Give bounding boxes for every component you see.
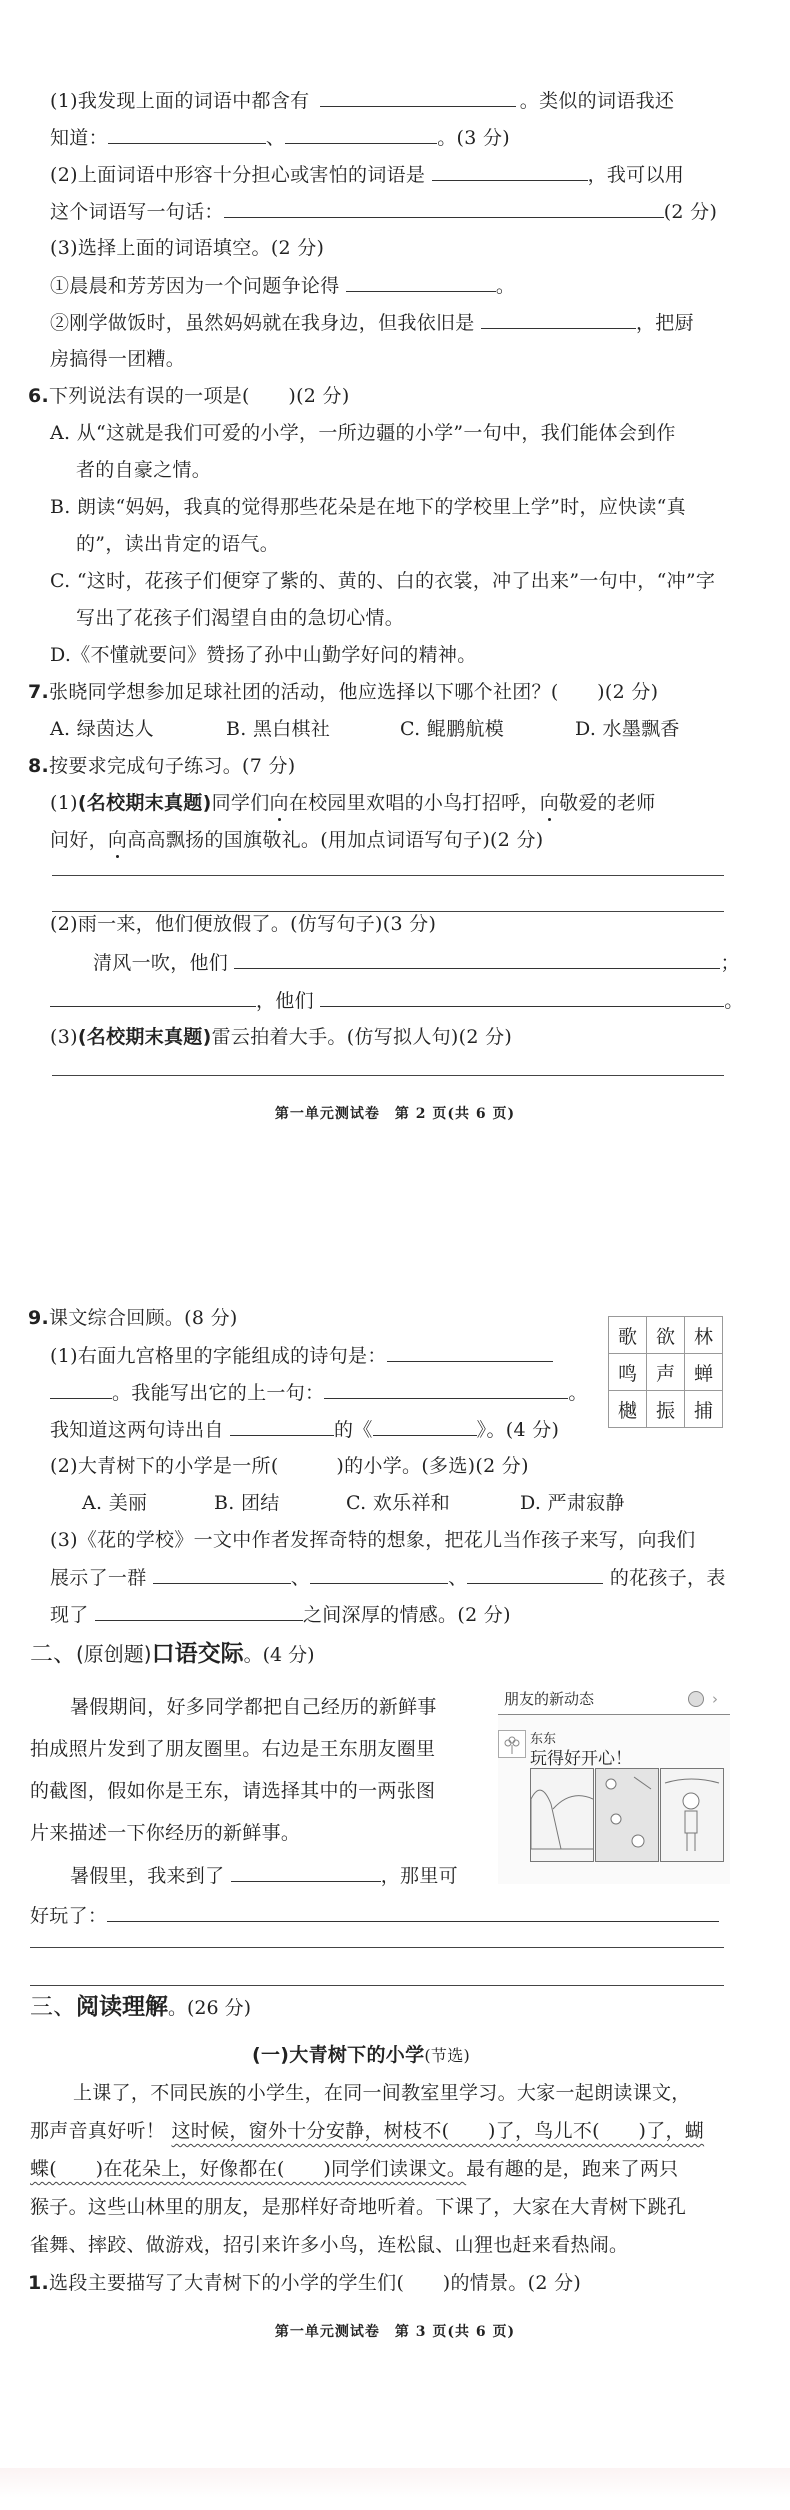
- q9-p2-stem: (2)大青树下的小学是一所( )的小学。(多选)(2 分): [50, 1454, 529, 1478]
- q5-blank-similar-2[interactable]: [285, 125, 437, 144]
- q8-s2-blank-3[interactable]: [320, 988, 724, 1007]
- q8-s2-blank-1[interactable]: [234, 950, 720, 969]
- passage-line: 猴子。这些山林里的朋友，是那样好奇地听着。下课了，大家在大青树下跳孔: [30, 2195, 686, 2219]
- q9-stem: 课文综合回顾。(8 分): [49, 1307, 238, 1329]
- q5-p1-text-c: 知道：: [50, 127, 108, 149]
- q6-option-d[interactable]: D.《不懂就要问》赞扬了孙中山勤学好问的精神。: [50, 643, 477, 667]
- q8-s1-answer-line-1[interactable]: [52, 875, 724, 876]
- s3-q1-stem: 选段主要描写了大青树下的小学的学生们( )的情景。(2 分): [49, 2272, 581, 2294]
- section-2-blank-place[interactable]: [231, 1863, 381, 1882]
- q9-blank-poem-line-cont[interactable]: [50, 1380, 112, 1399]
- q9-p3-sep-2: 、: [448, 1567, 467, 1589]
- grid-cell: 欲: [647, 1317, 685, 1354]
- grid-cell: 鸣: [609, 1354, 647, 1391]
- q8-s1-dotted-word-2: 向: [540, 792, 559, 814]
- q8-s2-text-c: ，他们: [256, 990, 314, 1012]
- passage-note: (节选): [424, 2046, 470, 2065]
- passage-line: 最有趣的是，跑来了两只: [466, 2158, 678, 2180]
- q5-blank-fill-2[interactable]: [481, 310, 636, 329]
- q5-p2-text-b: ，我可以用: [588, 164, 685, 186]
- q8-s2-period: 。: [724, 990, 743, 1012]
- passage-wavy-underlined: 蝶( )在花朵上，好像都在( )同学们读课文。: [30, 2158, 466, 2180]
- q5-p2-text-c: 这个词语写一句话：: [50, 201, 224, 223]
- section-2-para-line: 片来描述一下你经历的新鲜事。: [30, 1821, 300, 1845]
- q5-blank-fill-1[interactable]: [346, 273, 496, 292]
- section-2-prompt: 暑假里，我来到了: [70, 1865, 224, 1887]
- q9-blank-poem-line[interactable]: [387, 1343, 553, 1362]
- q9-p3-text-f: 现了: [50, 1604, 89, 1626]
- photo-swimming[interactable]: [595, 1768, 659, 1862]
- section-2-answer-line-3[interactable]: [30, 1985, 724, 1986]
- q9-p2-option-a[interactable]: A. 美丽: [82, 1491, 147, 1515]
- q9-p2-option-b[interactable]: B. 团结: [214, 1491, 280, 1515]
- q8-s1-text-d: 问好，: [50, 829, 108, 851]
- grid-cell: 蝉: [685, 1354, 723, 1391]
- q9-number: 9.: [28, 1307, 49, 1329]
- q8-s1-dotted-word-1: 向: [270, 792, 289, 814]
- q9-p3-blank-3[interactable]: [467, 1565, 603, 1584]
- q9-blank-author[interactable]: [230, 1417, 334, 1436]
- grid-cell: 声: [647, 1354, 685, 1391]
- q6-option-c[interactable]: C. “这时，花孩子们便穿了紫的、黄的、白的衣裳，冲了出来”一句中，“冲”字: [50, 569, 715, 593]
- q8-s2-prompt: 清风一吹，他们: [93, 952, 228, 974]
- section-2-para-line: 暑假期间，好多同学都把自己经历的新鲜事: [70, 1695, 437, 1719]
- q7-option-a[interactable]: A. 绿茵达人: [50, 717, 154, 741]
- page-bottom-shadow: [0, 2468, 790, 2498]
- q5-p1-text: (1)我发现上面的词语中都含有: [50, 90, 309, 112]
- q6-option-c-cont: 写出了花孩子们渴望自由的急切心情。: [76, 606, 404, 630]
- q7-option-b[interactable]: B. 黑白棋社: [226, 717, 330, 741]
- q8-s2-semicolon: ；: [720, 952, 739, 974]
- section-2-source-tag: (原创题): [76, 1642, 152, 1666]
- q9-p3-text-e: 的花孩子，表: [610, 1567, 726, 1589]
- q5-p1-text-b: 。类似的词语我还: [520, 90, 674, 112]
- q5-p3-item2-b: ，把厨: [636, 312, 694, 334]
- section-2-answer-line-2[interactable]: [30, 1947, 724, 1948]
- chevron-right-icon: ›: [712, 1684, 718, 1714]
- q7-stem: 张晓同学想参加足球社团的活动，他应选择以下哪个社团？( )(2 分): [49, 681, 658, 703]
- q5-p3-item2: ②刚学做饭时，虽然妈妈就在我身边，但我依旧是: [50, 312, 475, 334]
- q8-s3-text: 雷云拍着大手。(仿写拟人句)(2 分): [212, 1026, 512, 1048]
- section-2-prompt-b: ，那里可: [381, 1865, 458, 1887]
- q9-p3-text-b: 展示了一群: [50, 1567, 147, 1589]
- passage-title: (一)大青树下的小学: [252, 2044, 424, 2066]
- nine-grid: 歌 欲 林 鸣 声 蝉 樾 振 捕: [608, 1316, 723, 1428]
- q7-option-c[interactable]: C. 鲲鹏航模: [400, 717, 504, 741]
- section-2-title: 口语交际: [152, 1641, 244, 1667]
- photo-boy-with-lanterns[interactable]: [660, 1768, 724, 1862]
- q9-blank-title[interactable]: [373, 1417, 477, 1436]
- q6-option-a[interactable]: A. 从“这就是我们可爱的小学，一所边疆的小学”一句中，我们能体会到作: [50, 421, 676, 445]
- q9-p3-text-g: 之间深厚的情感。(2 分): [303, 1604, 511, 1626]
- q8-s3-answer-line[interactable]: [52, 1075, 724, 1076]
- q9-p1-text: (1)右面九宫格里的字能组成的诗句是：: [50, 1345, 387, 1367]
- q5-p3-item2-c: 房搞得一团糟。: [50, 347, 185, 371]
- section-3-score: 。(26 分): [168, 1997, 251, 2019]
- q9-p2-option-c[interactable]: C. 欢乐祥和: [346, 1491, 450, 1515]
- q9-p1-score: 》。(4 分): [477, 1419, 560, 1441]
- q5-blank-worry-word[interactable]: [432, 162, 588, 181]
- s3-q1-number: 1.: [28, 2272, 49, 2294]
- section-2-para-line: 的截图，假如你是王东，请选择其中的一两张图: [30, 1779, 435, 1803]
- q8-stem: 按要求完成句子练习。(7 分): [49, 755, 295, 777]
- section-2-score: 。(4 分): [244, 1644, 315, 1666]
- section-2-answer-line-1[interactable]: [107, 1903, 719, 1922]
- q6-option-a-cont: 者的自豪之情。: [76, 458, 211, 482]
- flower-avatar-icon: [498, 1730, 526, 1758]
- q9-p1-text-b: 。我能写出它的上一句：: [112, 1382, 324, 1404]
- grid-cell: 捕: [685, 1391, 723, 1428]
- q8-s1-text-a: 同学们: [212, 792, 270, 814]
- grid-cell: 樾: [609, 1391, 647, 1428]
- q9-p1-text-d: 我知道这两句诗出自: [50, 1419, 224, 1441]
- q8-s1-text-b: 在校园里欢唱的小鸟打招呼，: [289, 792, 540, 814]
- q9-p3-text: (3)《花的学校》一文中作者发挥奇特的想象，把花儿当作孩子来写，向我们: [50, 1528, 695, 1552]
- photo-mountains[interactable]: [530, 1768, 594, 1862]
- q5-p2-text: (2)上面词语中形容十分担心或害怕的词语是: [50, 164, 425, 186]
- grid-cell: 振: [647, 1391, 685, 1428]
- q7-option-d[interactable]: D. 水墨飘香: [575, 717, 680, 741]
- q6-stem: 下列说法有误的一项是( )(2 分): [49, 385, 349, 407]
- q8-s1-text-e: 高高飘扬的国旗敬礼。(用加点词语写句子)(2 分): [127, 829, 543, 851]
- q5-p2-score: (2 分): [664, 201, 717, 223]
- q8-s2-stem: (2)雨一来，他们便放假了。(仿写句子)(3 分): [50, 912, 436, 936]
- grid-cell: 歌: [609, 1317, 647, 1354]
- q9-p3-blank-2[interactable]: [310, 1565, 448, 1584]
- q5-blank-sentence[interactable]: [224, 199, 664, 218]
- q9-p1-period: 。: [568, 1382, 587, 1404]
- q8-s1-label: (1): [50, 792, 78, 814]
- q5-blank-common-char[interactable]: [320, 88, 516, 107]
- moments-screenshot: 朋友的新动态 › 东东 玩得好开心！: [498, 1684, 730, 1884]
- q8-s1-source-tag: (名校期末真题): [78, 792, 212, 814]
- q8-s1-dotted-word-3: 向: [108, 829, 127, 851]
- q9-p2-option-d[interactable]: D. 严肃寂静: [520, 1491, 625, 1515]
- passage-wavy-underlined: 这时候，窗外十分安静，树枝不( )了，鸟儿不( )了，蝴: [171, 2120, 704, 2142]
- page-3-footer: 第一单元测试卷 第 3 页(共 6 页): [0, 2321, 790, 2341]
- q5-p1-score: 。(3 分): [437, 127, 510, 149]
- q9-p3-sep-1: 、: [291, 1567, 310, 1589]
- q7-number: 7.: [28, 681, 49, 703]
- grid-cell: 林: [685, 1317, 723, 1354]
- q6-number: 6.: [28, 385, 49, 407]
- q8-s2-blank-2[interactable]: [50, 988, 256, 1007]
- section-3-title: 阅读理解: [76, 1994, 168, 2020]
- q5-p3-item1-end: 。: [496, 275, 515, 297]
- passage-line: 雀舞、摔跤、做游戏，招引来许多小鸟，连松鼠、山狸也赶来看热闹。: [30, 2233, 628, 2257]
- q6-option-b-cont: 的”，读出肯定的语气。: [76, 532, 279, 556]
- avatar-icon: [688, 1691, 704, 1707]
- q5-sep: 、: [266, 127, 285, 149]
- q9-blank-previous-line[interactable]: [324, 1380, 568, 1399]
- section-3-prefix: 三、: [30, 1994, 76, 2020]
- section-2-prompt-c: 好玩了：: [30, 1905, 107, 1927]
- passage-line: 上课了，不同民族的小学生，在同一间教室里学习。大家一起朗读课文，: [73, 2081, 691, 2105]
- moments-header-title: 朋友的新动态: [504, 1684, 594, 1714]
- q8-s3-source-tag: (名校期末真题): [78, 1026, 212, 1048]
- q8-s3-label: (3): [50, 1026, 78, 1048]
- moments-photos: [530, 1768, 725, 1862]
- section-2-para-line: 拍成照片发到了朋友圈里。右边是王东朋友圈里: [30, 1737, 435, 1761]
- q8-number: 8.: [28, 755, 49, 777]
- q9-p3-blank-1[interactable]: [153, 1565, 291, 1584]
- q5-blank-similar-1[interactable]: [108, 125, 266, 144]
- section-2-prefix: 二、: [30, 1641, 76, 1667]
- q6-option-b[interactable]: B. 朗读“妈妈，我真的觉得那些花朵是在地下的学校里上学”时，应快读“真: [50, 495, 686, 519]
- q9-p3-blank-4[interactable]: [95, 1602, 303, 1621]
- moments-post-text: 玩得好开心！: [530, 1744, 632, 1769]
- page-2-footer: 第一单元测试卷 第 2 页(共 6 页): [0, 1103, 790, 1123]
- q9-p1-text-e: 的《: [334, 1419, 373, 1441]
- passage-line: 那声音真好听！: [30, 2120, 165, 2142]
- moments-header: 朋友的新动态 ›: [498, 1684, 730, 1715]
- q8-s1-text-c: 敬爱的老师: [559, 792, 656, 814]
- q5-p3-stem: (3)选择上面的词语填空。(2 分): [50, 236, 324, 260]
- q5-p3-item1: ①晨晨和芳芳因为一个问题争论得: [50, 275, 340, 297]
